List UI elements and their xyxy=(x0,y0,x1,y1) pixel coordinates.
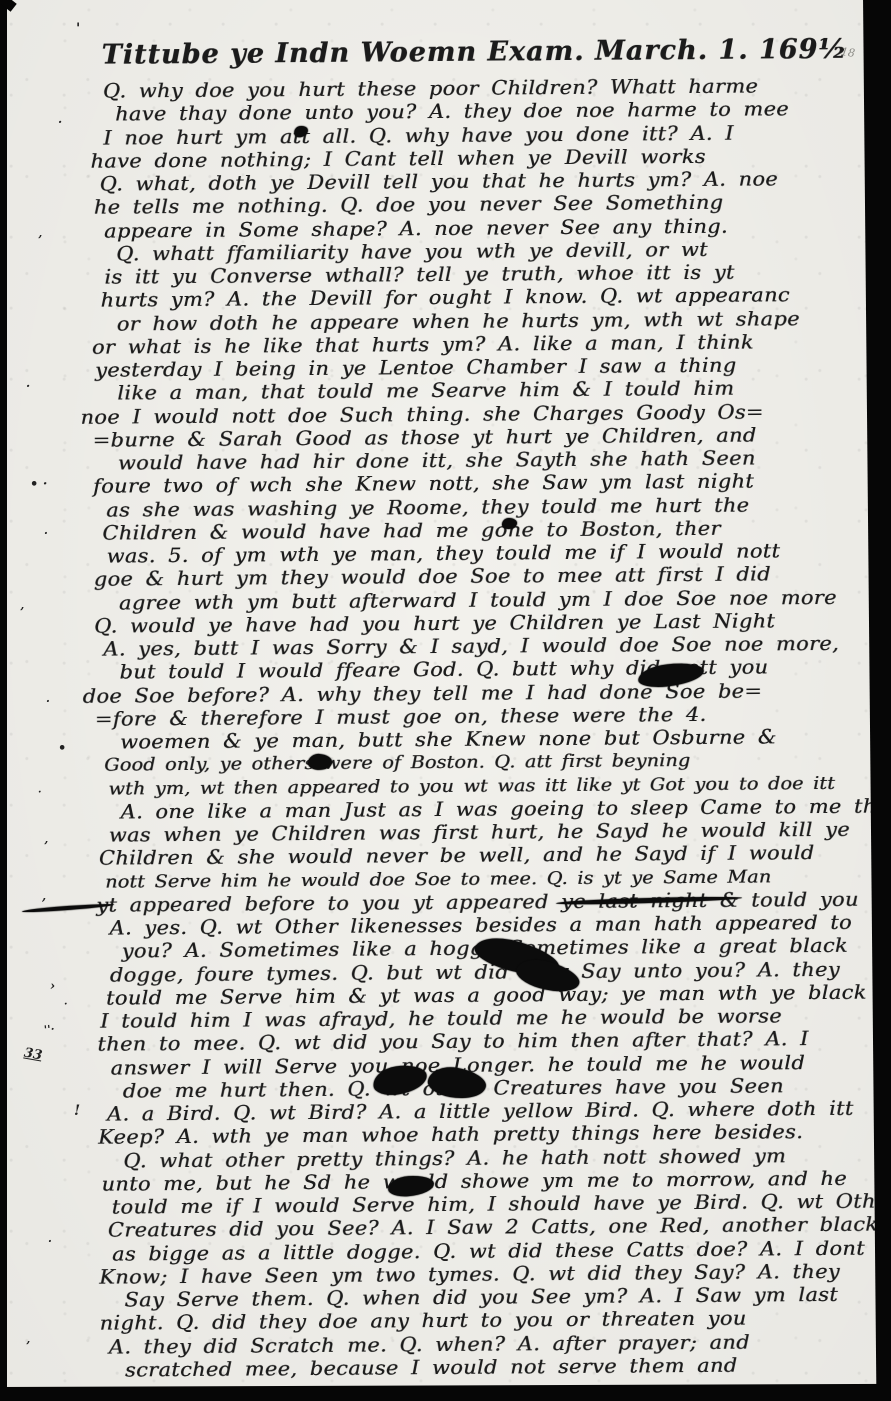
margin-mark: 33 xyxy=(23,1047,43,1063)
paper: Tittube ye Indn Woemn Exam. March. 1. 16… xyxy=(0,0,891,1401)
text-body: Q. why doe you hurt these poor Children?… xyxy=(0,68,891,1383)
margin-mark: ’ xyxy=(26,1340,30,1352)
margin-mark: · xyxy=(48,1236,52,1247)
margin-mark: ’ xyxy=(20,606,24,618)
margin-mark: ’ xyxy=(44,840,48,852)
margin-mark: ''· xyxy=(43,1023,55,1035)
handwriting-layer: Tittube ye Indn Woemn Exam. March. 1. 16… xyxy=(0,0,891,1382)
margin-mark: · xyxy=(46,696,50,707)
margin-mark: ! xyxy=(74,1104,80,1118)
margin-mark: · xyxy=(26,380,30,392)
page-number: 18 xyxy=(840,45,856,60)
scan-edge-left xyxy=(0,0,7,1401)
margin-mark: • xyxy=(58,742,66,755)
margin-mark: ’ xyxy=(38,234,42,246)
margin-mark: · xyxy=(44,528,48,539)
margin-mark: • · xyxy=(30,478,47,491)
margin-mark: ' xyxy=(76,22,80,36)
margin-mark: · xyxy=(58,116,62,128)
margin-mark: · xyxy=(38,788,41,798)
scan-edge-bottom xyxy=(0,1384,891,1401)
manuscript-scan: Tittube ye Indn Woemn Exam. March. 1. 16… xyxy=(0,0,891,1401)
margin-mark: › xyxy=(50,980,55,993)
margin-mark: · xyxy=(64,1000,67,1010)
margin-mark: , xyxy=(42,890,46,902)
